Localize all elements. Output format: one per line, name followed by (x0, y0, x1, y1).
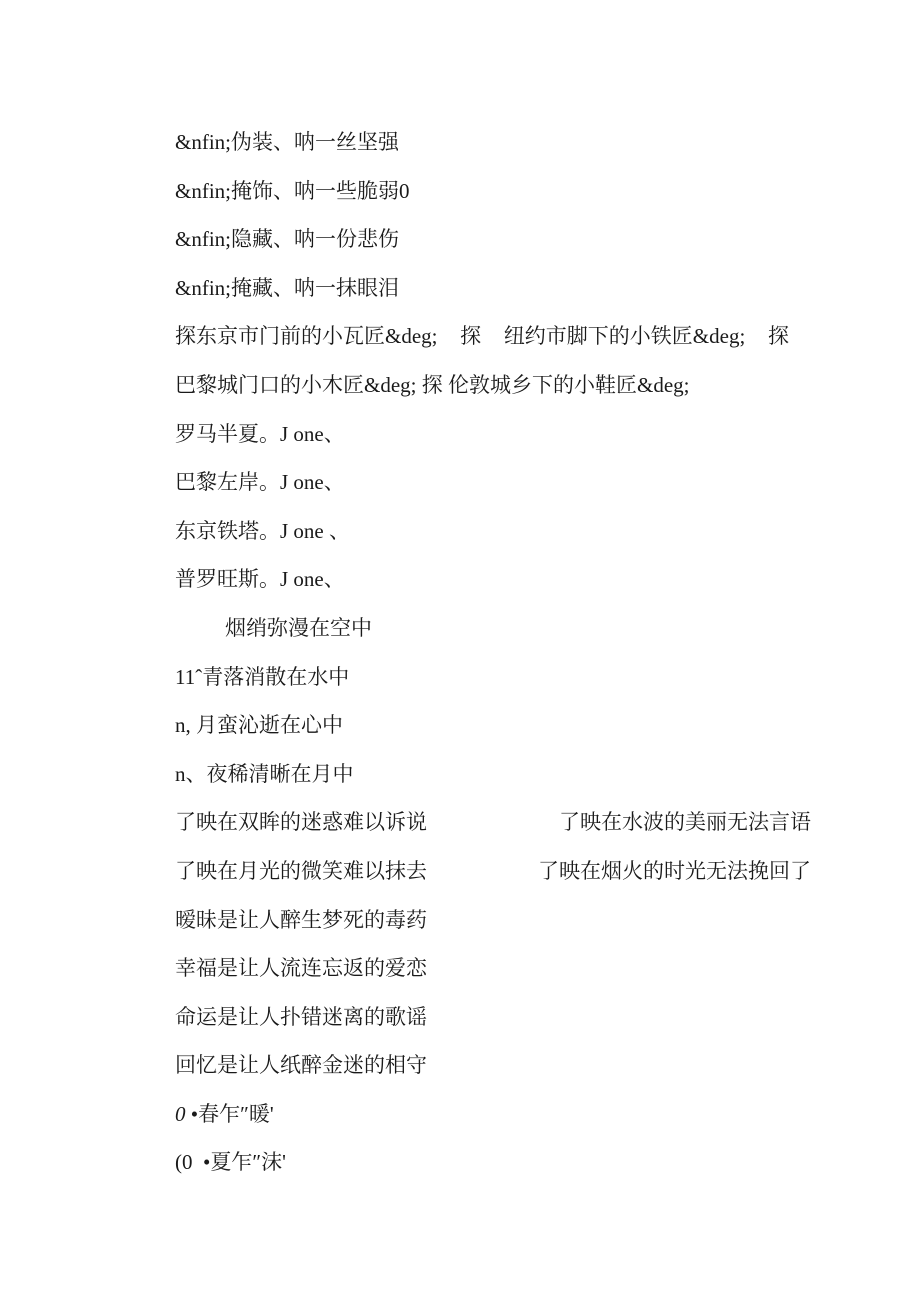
text-line-3: &nfin;隐藏、呐一份悲伤 (175, 215, 855, 264)
text-segment: 罗马半夏。J one、 (175, 410, 345, 459)
text-segment: 探东京市门前的小瓦匠&deg; (175, 312, 438, 361)
text-segment: 了映在烟火的时光无法挽回了 (538, 847, 811, 896)
text-line-5: 探东京市门前的小瓦匠&deg;探纽约市脚下的小铁匠&deg;探 (175, 312, 789, 361)
text-segment: &nfin;掩饰、呐一些脆弱0 (175, 167, 410, 216)
text-line-20: 回忆是让人纸醉金迷的相守 (175, 1041, 855, 1090)
text-segment: 了映在月光的微笑难以抹去 (175, 847, 427, 896)
text-segment: 0 (175, 1090, 186, 1139)
text-segment: 暧昧是让人醉生梦死的毒药 (175, 896, 427, 945)
text-line-15: 了映在双眸的迷惑难以诉说了映在水波的美丽无法言语 (175, 798, 811, 847)
text-segment: 巴黎左岸。J one、 (175, 458, 345, 507)
text-line-19: 命运是让人扑错迷离的歌谣 (175, 993, 855, 1042)
text-segment: n、夜稀清晰在月中 (175, 750, 354, 799)
text-line-22: (0 •夏乍″沫' (175, 1138, 855, 1187)
text-segment: &nfin;掩藏、呐一抹眼泪 (175, 264, 399, 313)
text-segment: •春乍″暖' (186, 1090, 274, 1139)
text-segment: 探 (460, 312, 481, 361)
text-segment: 巴黎城门口的小木匠&deg; 探 伦敦城乡下的小鞋匠&deg; (175, 361, 689, 410)
text-segment: &nfin;伪装、呐一丝坚强 (175, 118, 399, 167)
text-line-4: &nfin;掩藏、呐一抹眼泪 (175, 264, 855, 313)
text-segment: 11ˆ青落消散在水中 (175, 653, 349, 702)
text-segment: 烟绡弥漫在空中 (225, 604, 372, 653)
text-segment: 幸福是让人流连忘返的爱恋 (175, 944, 427, 993)
text-line-2: &nfin;掩饰、呐一些脆弱0 (175, 167, 855, 216)
document-page: &nfin;伪装、呐一丝坚强&nfin;掩饰、呐一些脆弱0&nfin;隐藏、呐一… (0, 0, 920, 1303)
text-line-14: n、夜稀清晰在月中 (175, 750, 855, 799)
text-segment: 了映在双眸的迷惑难以诉说 (175, 798, 427, 847)
text-segment: 探 (768, 312, 789, 361)
text-line-7: 罗马半夏。J one、 (175, 410, 855, 459)
text-segment: 了映在水波的美丽无法言语 (559, 798, 811, 847)
text-line-12: 11ˆ青落消散在水中 (175, 653, 855, 702)
text-segment: 纽约市脚下的小铁匠&deg; (504, 312, 746, 361)
text-line-1: &nfin;伪装、呐一丝坚强 (175, 118, 855, 167)
text-line-21: 0 •春乍″暖' (175, 1090, 855, 1139)
text-segment: (0 •夏乍″沫' (175, 1138, 286, 1187)
text-segment: 回忆是让人纸醉金迷的相守 (175, 1041, 427, 1090)
text-segment: 东京铁塔。J one 、 (175, 507, 350, 556)
text-line-18: 幸福是让人流连忘返的爱恋 (175, 944, 855, 993)
text-line-8: 巴黎左岸。J one、 (175, 458, 855, 507)
text-segment: 普罗旺斯。J one、 (175, 555, 345, 604)
text-segment: &nfin;隐藏、呐一份悲伤 (175, 215, 399, 264)
text-segment: 命运是让人扑错迷离的歌谣 (175, 993, 427, 1042)
text-line-17: 暧昧是让人醉生梦死的毒药 (175, 896, 855, 945)
text-line-11: 烟绡弥漫在空中 (175, 604, 855, 653)
text-line-6: 巴黎城门口的小木匠&deg; 探 伦敦城乡下的小鞋匠&deg; (175, 361, 855, 410)
text-line-9: 东京铁塔。J one 、 (175, 507, 855, 556)
text-segment: n, 月蛮沁逝在心中 (175, 701, 343, 750)
text-line-10: 普罗旺斯。J one、 (175, 555, 855, 604)
document-body: &nfin;伪装、呐一丝坚强&nfin;掩饰、呐一些脆弱0&nfin;隐藏、呐一… (175, 118, 855, 1187)
text-line-13: n, 月蛮沁逝在心中 (175, 701, 855, 750)
text-line-16: 了映在月光的微笑难以抹去了映在烟火的时光无法挽回了 (175, 847, 811, 896)
